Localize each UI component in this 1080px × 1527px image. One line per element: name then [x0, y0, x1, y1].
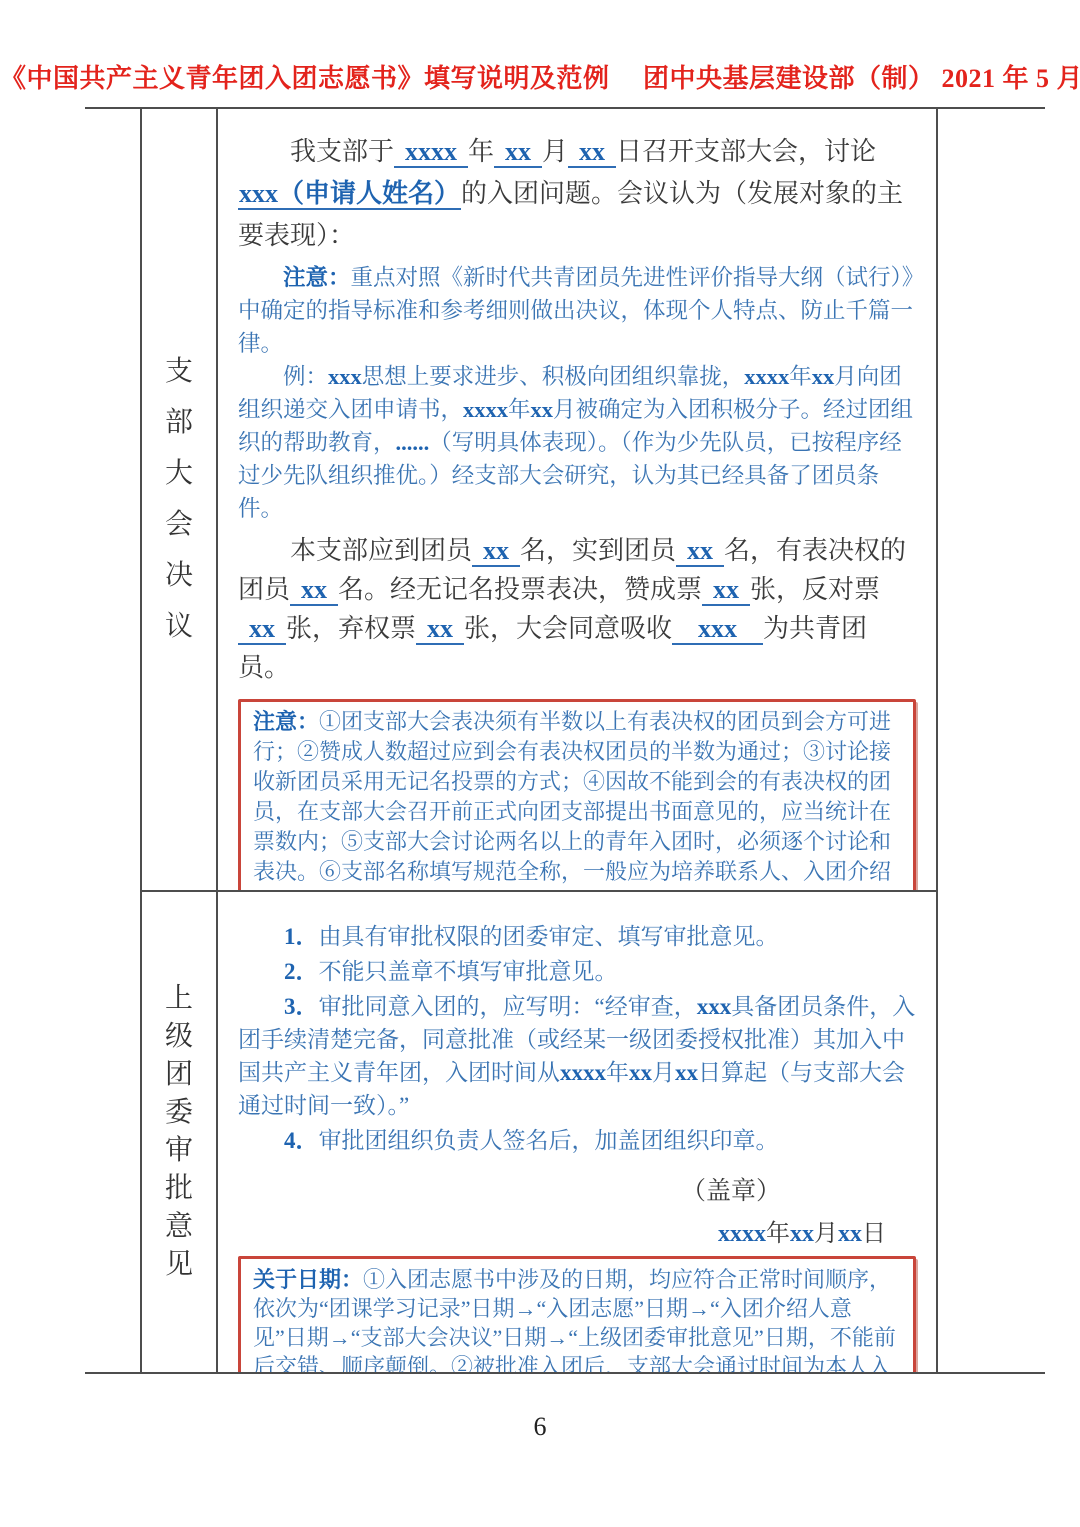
date-notice-box: 关于日期：①入团志愿书中涉及的日期，均应符合正常时间顺序，依次为“团课学习记录”…	[238, 1256, 916, 1372]
seal-placeholder: （盖章）	[576, 1171, 886, 1207]
resolution-example-paragraph: 例：xxx思想上要求进步、积极向团组织靠拢，xxxx年xx月向团组织递交入团申请…	[238, 360, 916, 525]
row-branch-meeting-resolution: 支部大会决议 我支部于xxxx年xx月xx日召开支部大会，讨论xxx（申请人姓名…	[140, 109, 938, 892]
approval-item-2: 2．不能只盖章不填写审批意见。	[238, 955, 916, 988]
seal-and-date-area: （盖章） xxxx年xx月xx日	[576, 1171, 886, 1248]
resolution-notice-box: 注意：①团支部大会表决须有半数以上有表决权的团员到会方可进行；②赞成人数超过应到…	[238, 699, 916, 890]
row-label-branch-meeting-resolution: 支部大会决议	[140, 109, 218, 890]
form-table: 支部大会决议 我支部于xxxx年xx月xx日召开支部大会，讨论xxx（申请人姓名…	[140, 109, 938, 1372]
resolution-content-cell: 我支部于xxxx年xx月xx日召开支部大会，讨论xxx（申请人姓名）的入团问题。…	[218, 109, 938, 890]
page-number: 6	[0, 1412, 1080, 1442]
resolution-notice-paragraph: 注意：重点对照《新时代共青团员先进性评价指导大纲（试行）》中确定的指导标准和参考…	[238, 261, 916, 360]
page-title: 《中国共产主义青年团入团志愿书》填写说明及范例 团中央基层建设部（制） 2021…	[0, 58, 1080, 95]
approval-content-cell: 1．由具有审批权限的团委审定、填写审批意见。 2．不能只盖章不填写审批意见。 3…	[218, 892, 938, 1372]
approval-items-block: 1．由具有审批权限的团委审定、填写审批意见。 2．不能只盖章不填写审批意见。 3…	[238, 920, 916, 1157]
approval-item-1: 1．由具有审批权限的团委审定、填写审批意见。	[238, 920, 916, 953]
bottom-rule-divider	[85, 1372, 1045, 1374]
row-label-higher-committee-approval: 上级团委审批意见	[140, 892, 218, 1372]
resolution-opening-paragraph: 我支部于xxxx年xx月xx日召开支部大会，讨论xxx（申请人姓名）的入团问题。…	[238, 131, 916, 257]
document-page: 《中国共产主义青年团入团志愿书》填写说明及范例 团中央基层建设部（制） 2021…	[0, 0, 1080, 1527]
approval-item-3: 3．审批同意入团的，应写明：“经审查，xxx具备团员条件，入团手续清楚完备，同意…	[238, 990, 916, 1122]
approval-date-line: xxxx年xx月xx日	[576, 1213, 886, 1248]
approval-item-4: 4．审批团组织负责人签名后，加盖团组织印章。	[238, 1124, 916, 1157]
row-higher-committee-approval: 上级团委审批意见 1．由具有审批权限的团委审定、填写审批意见。 2．不能只盖章不…	[140, 892, 938, 1372]
vote-count-paragraph: 本支部应到团员xx名，实到团员xx名，有表决权的团员xx名。经无记名投票表决，赞…	[238, 531, 916, 687]
